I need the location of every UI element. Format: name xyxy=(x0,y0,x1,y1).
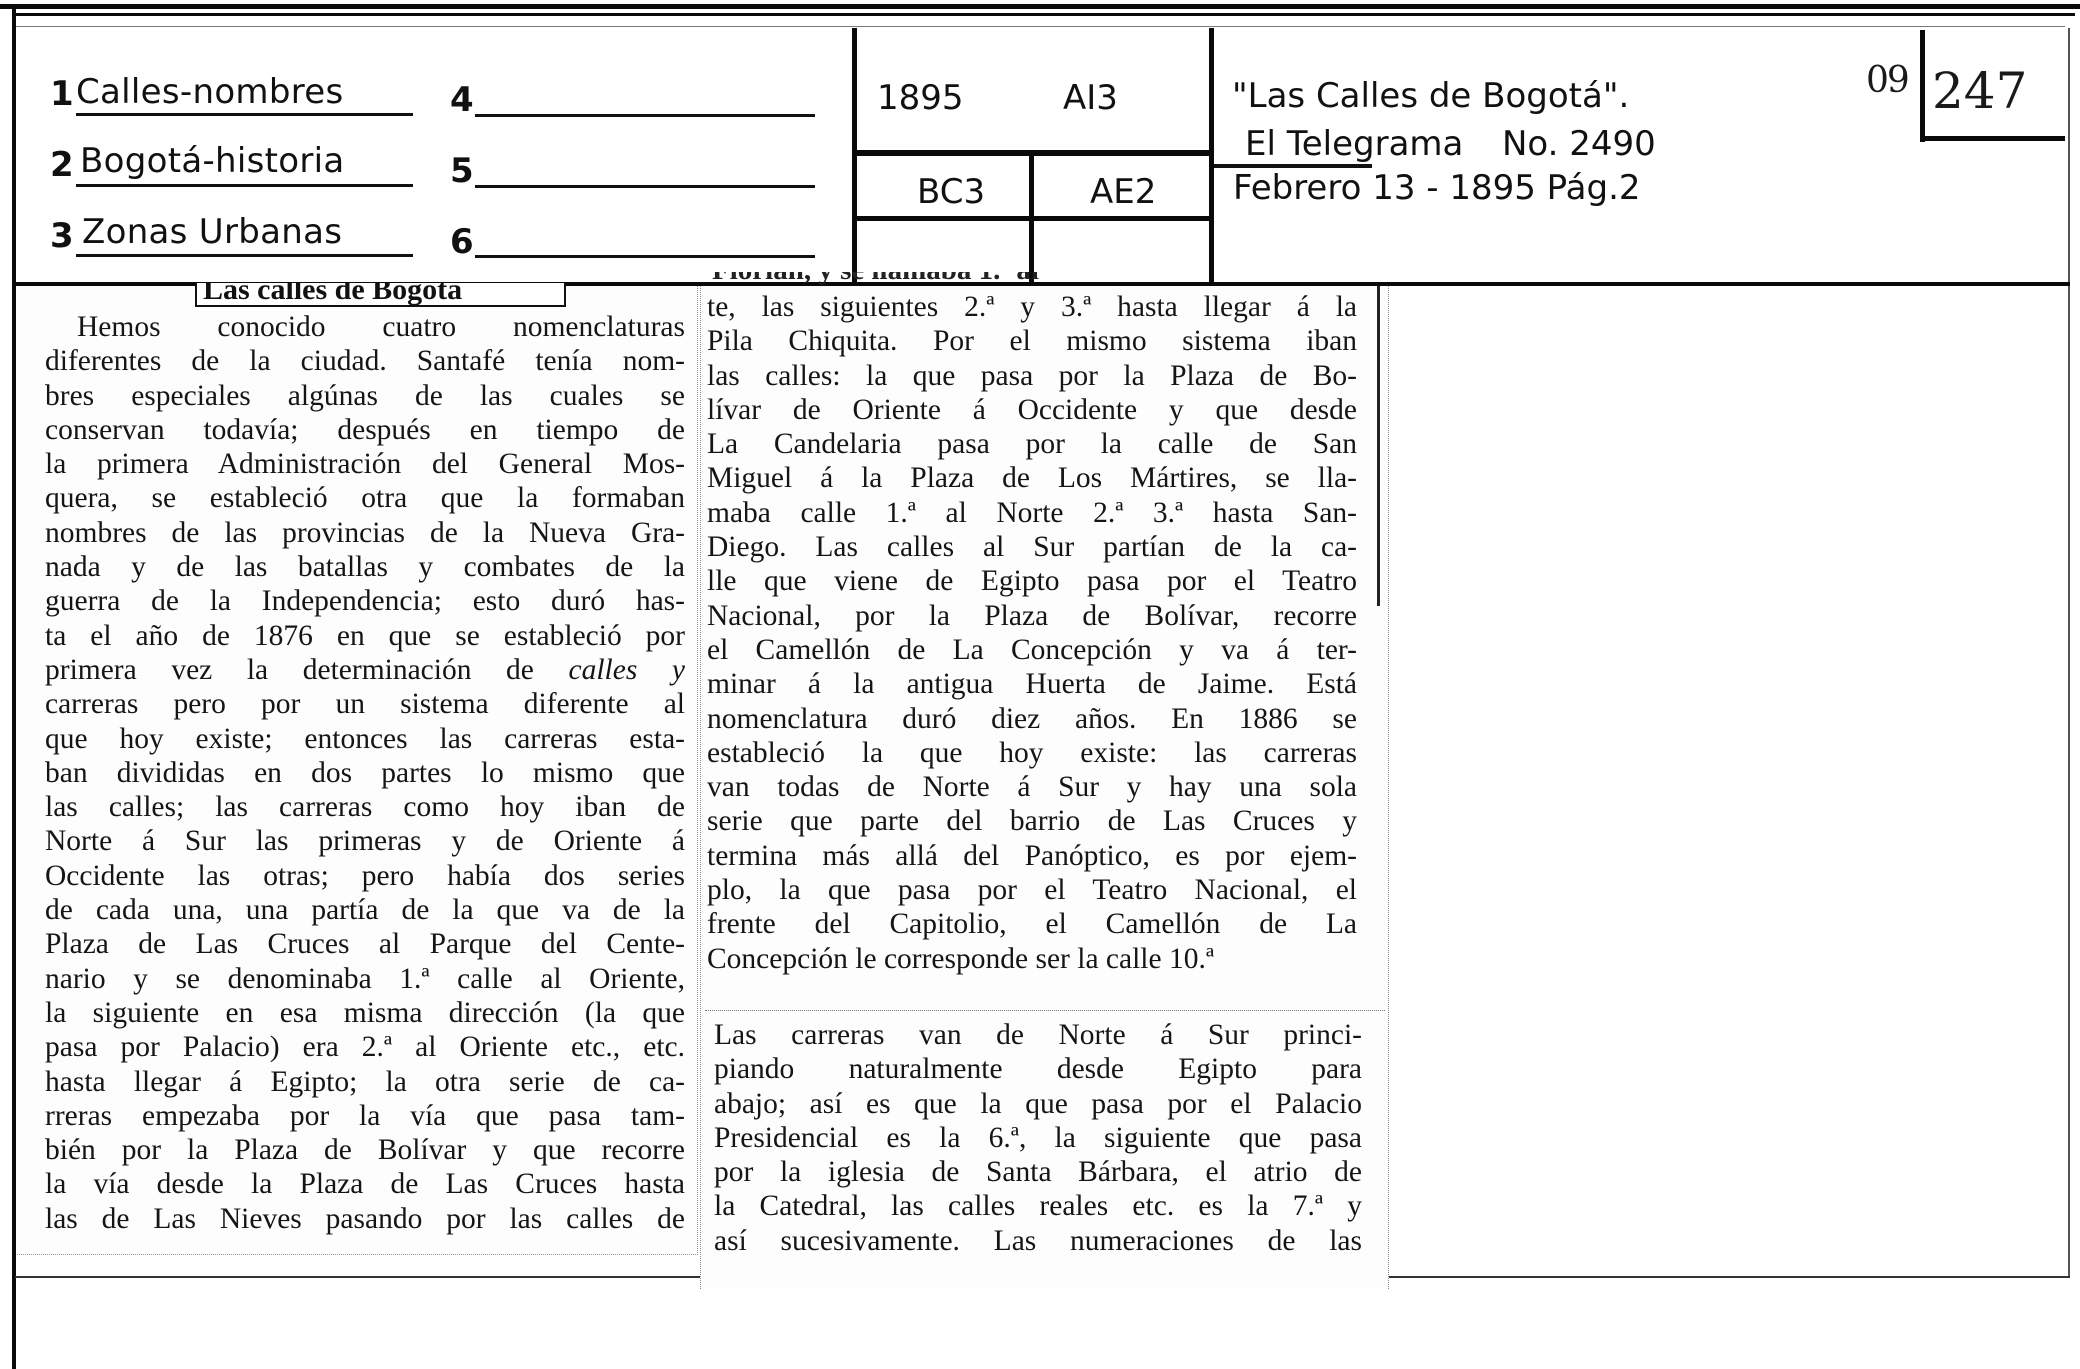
column2-line: lívar de Oriente á Occidente y que desde xyxy=(707,393,1357,427)
card-top-border-inner xyxy=(15,13,2075,16)
column1-line: hasta llegar á Egipto; la otra serie de … xyxy=(45,1065,685,1099)
keyword-3-underline xyxy=(76,254,413,257)
keyword-1: Calles-nombres xyxy=(76,72,343,112)
keyword-number-1: 1 xyxy=(50,74,74,114)
column1-line: guerra de la Independencia; esto duró ha… xyxy=(45,584,685,618)
column2-line: La Candelaria pasa por la calle de San xyxy=(707,427,1357,461)
handwritten-underline xyxy=(1925,136,2065,141)
code-grid-right-border xyxy=(1209,28,1214,284)
clipping-right-rule xyxy=(1377,286,1380,606)
column2-line: plo, la que pasa por el Teatro Nacional,… xyxy=(707,873,1357,907)
column1-line: la siguiente en esa misma dirección (la … xyxy=(45,996,685,1030)
column1-line: ban divididas en dos partes lo mismo que xyxy=(45,756,685,790)
handwritten-vertical-rule xyxy=(1920,30,1925,142)
code-c: AE2 xyxy=(1090,172,1156,212)
column2b-line: así sucesivamente. Las numeraciones de l… xyxy=(714,1224,1362,1258)
keyword-number-6: 6 xyxy=(450,222,474,262)
column1-line: la vía desde la Plaza de Las Cruces hast… xyxy=(45,1167,685,1201)
keyword-3: Zonas Urbanas xyxy=(82,212,342,252)
clipping-column-2: te, las siguientes 2.ª y 3.ª hasta llega… xyxy=(707,290,1357,976)
keyword-5-underline xyxy=(475,185,815,188)
column2b-line: la Catedral, las calles reales etc. es l… xyxy=(714,1189,1362,1223)
code-year: 1895 xyxy=(877,78,964,118)
keyword-number-5: 5 xyxy=(450,151,474,191)
column2-line: termina más allá del Panóptico, es por e… xyxy=(707,839,1357,873)
clipping-column-2b: Las carreras van de Norte á Sur princi- … xyxy=(714,1018,1362,1258)
column1-line: bién por la Plaza de Bolívar y que recor… xyxy=(45,1133,685,1167)
column1-line: de cada una, una partía de la que va de … xyxy=(45,893,685,927)
column1-line: Occidente las otras; pero había dos seri… xyxy=(45,859,685,893)
column1-line: rreras empezaba por la vía que pasa tam- xyxy=(45,1099,685,1133)
column1-line: las de Las Nieves pasando por las calles… xyxy=(45,1202,685,1236)
column1-line: Plaza de Las Cruces al Parque del Cente- xyxy=(45,927,685,961)
keyword-number-4: 4 xyxy=(450,80,474,120)
keyword-1-underline xyxy=(76,113,413,116)
column2b-line: abajo; así es que la que pasa por el Pal… xyxy=(714,1087,1362,1121)
code-grid-left-border xyxy=(852,28,857,284)
handwritten-prefix: 09 xyxy=(1866,60,1908,101)
column2b-line: piando naturalmente desde Egipto para xyxy=(714,1052,1362,1086)
column2-line: Nacional, por la Plaza de Bolívar, recor… xyxy=(707,599,1357,633)
column1-line: diferentes de la ciudad. Santafé tenía n… xyxy=(45,344,685,378)
column2-line: Diego. Las calles al Sur partían de la c… xyxy=(707,530,1357,564)
column2-line: Concepción le corresponde ser la calle 1… xyxy=(707,942,1357,976)
column1-line: nario y se denominaba 1.ª calle al Orien… xyxy=(45,962,685,996)
column2-line: te, las siguientes 2.ª y 3.ª hasta llega… xyxy=(707,290,1357,324)
column1-line: nombres de las provincias de la Nueva Gr… xyxy=(45,516,685,550)
column2-line: van todas de Norte á Sur y hay una sola xyxy=(707,770,1357,804)
column2b-line: Presidencial es la 6.ª, la siguiente que… xyxy=(714,1121,1362,1155)
keyword-number-3: 3 xyxy=(50,216,74,256)
column1-line: carreras pero por un sistema diferente a… xyxy=(45,687,685,721)
code-grid-col-divider xyxy=(1029,156,1034,284)
code-b: BC3 xyxy=(917,172,985,212)
column1-line: Norte á Sur las primeras y de Oriente á xyxy=(45,824,685,858)
column1-line: quera, se estableció otra que la formaba… xyxy=(45,481,685,515)
clipping-headline: Las calles de Bogotá xyxy=(195,283,566,307)
card-left-border xyxy=(12,8,16,1369)
column2-line: Miguel á la Plaza de Los Mártires, se ll… xyxy=(707,461,1357,495)
column2-line: lle que viene de Egipto pasa por el Teat… xyxy=(707,564,1357,598)
keyword-2: Bogotá-historia xyxy=(80,141,345,181)
column1-line-with-italic: primera vez la determinación de calles y xyxy=(45,653,685,687)
card-top-border xyxy=(0,4,2080,9)
column1-line: bres especiales algúnas de las cuales se xyxy=(45,379,685,413)
clipping-column-2-separator xyxy=(705,1010,1385,1011)
column2-line: maba calle 1.ª al Norte 2.ª 3.ª hasta Sa… xyxy=(707,496,1357,530)
column1-line: la primera Administración del General Mo… xyxy=(45,447,685,481)
column2-line: las calles: la que pasa por la Plaza de … xyxy=(707,359,1357,393)
card-right-border xyxy=(2068,28,2070,1278)
keyword-6-underline xyxy=(475,255,815,258)
keyword-number-2: 2 xyxy=(50,145,74,185)
column1-line-text: primera vez la determinación de xyxy=(45,654,534,686)
column1-line: nada y de las batallas y combates de la xyxy=(45,550,685,584)
citation-title: "Las Calles de Bogotá". xyxy=(1232,76,1629,116)
column2b-line: por la iglesia de Santa Bárbara, el atri… xyxy=(714,1155,1362,1189)
column2-line: estableció la que hoy existe: las carrer… xyxy=(707,736,1357,770)
column1-line: las calles; las carreras como hoy iban d… xyxy=(45,790,685,824)
clipping-column-2-cut-top: Florián, y se llamaba 1.ª al Norte, xyxy=(712,272,1042,286)
clipping-column-1: Hemos conocido cuatro nomenclaturas dife… xyxy=(45,310,685,1236)
column2-line: frente del Capitolio, el Camellón de La xyxy=(707,907,1357,941)
column2-line: minar á la antigua Huerta de Jaime. Está xyxy=(707,667,1357,701)
column1-line: pasa por Palacio) era 2.ª al Oriente etc… xyxy=(45,1030,685,1064)
keyword-4-underline xyxy=(475,114,815,117)
keyword-2-underline xyxy=(76,184,413,187)
column1-line: Hemos conocido cuatro nomenclaturas xyxy=(45,310,685,344)
column2b-line: Las carreras van de Norte á Sur princi- xyxy=(714,1018,1362,1052)
handwritten-number: 247 xyxy=(1932,62,2027,120)
citation-publication: El Telegrama xyxy=(1245,124,1463,164)
column2-partial-top-line: Florián, y se llamaba 1.ª al Norte, xyxy=(712,272,1042,285)
column1-line: que hoy existe; entonces las carreras es… xyxy=(45,722,685,756)
column1-italic-term: calles y xyxy=(569,654,686,686)
column1-line: conservan todavía; después en tiempo de xyxy=(45,413,685,447)
column1-line: ta el año de 1876 en que se estableció p… xyxy=(45,619,685,653)
citation-issue: No. 2490 xyxy=(1502,124,1656,164)
card-header-top-rule xyxy=(15,26,2065,27)
column2-line: nomenclatura duró diez años. En 1886 se xyxy=(707,702,1357,736)
code-a: AI3 xyxy=(1063,78,1118,118)
citation-date-page: Febrero 13 - 1895 Pág.2 xyxy=(1233,168,1641,208)
column2-line: serie que parte del barrio de Las Cruces… xyxy=(707,804,1357,838)
column2-line: Pila Chiquita. Por el mismo sistema iban xyxy=(707,324,1357,358)
column2-line: el Camellón de La Concepción y va á ter- xyxy=(707,633,1357,667)
